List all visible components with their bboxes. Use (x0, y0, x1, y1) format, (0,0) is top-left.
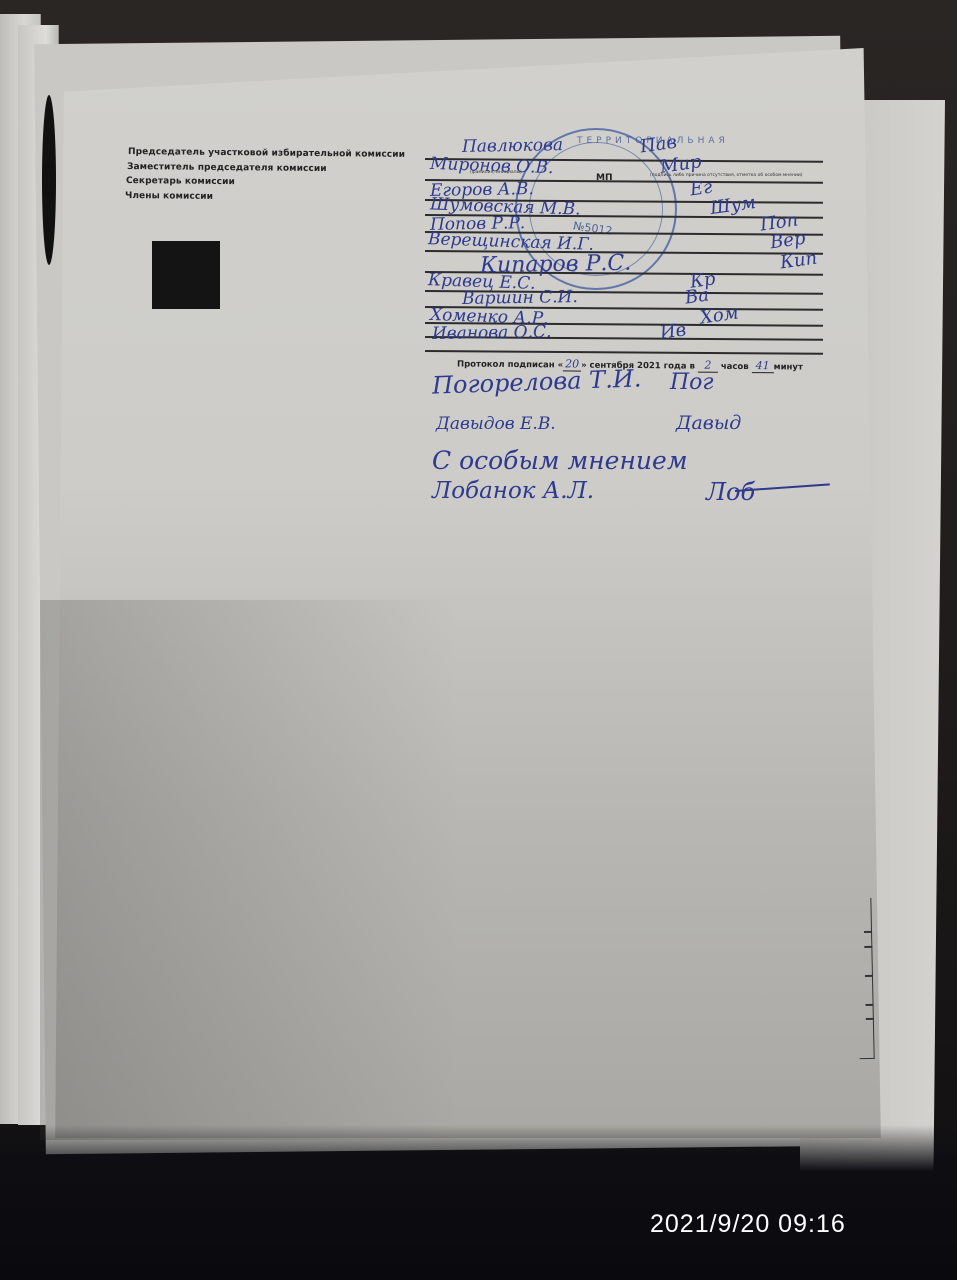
page-shadow (40, 600, 460, 1140)
bottom-shadow (0, 1125, 957, 1280)
dissent-note: С особым мнением (432, 446, 688, 475)
minutes-label: минут (774, 362, 803, 372)
signed-minutes: 41 (752, 359, 774, 373)
entry-name: Иванова О.С. (432, 322, 552, 344)
sheet-gap-shadow (42, 95, 56, 265)
entry-signature: Ва (684, 284, 711, 308)
entry-name: Миронов О.В. (430, 154, 554, 178)
entry-signature: Давыд (676, 412, 741, 434)
label-secretary: Секретарь комиссии (126, 176, 235, 187)
entry-signature: Пог (670, 370, 714, 395)
label-members: Члены комиссии (125, 191, 213, 202)
camera-timestamp: 2021/9/20 09:16 (650, 1210, 846, 1239)
dissent-signature: Лоб (706, 478, 755, 506)
entry-name: Давыдов Е.В. (436, 414, 556, 434)
qr-code-block (152, 241, 220, 309)
hours-label: часов (721, 362, 749, 372)
entry-signature: Ег (689, 177, 714, 201)
entry-name: Павлюкова (462, 135, 563, 157)
entry-signature: Ив (659, 319, 688, 343)
label-deputy-chairman: Заместитель председателя комиссии (127, 162, 327, 174)
dissent-name: Лобанок А.Л. (432, 478, 594, 504)
